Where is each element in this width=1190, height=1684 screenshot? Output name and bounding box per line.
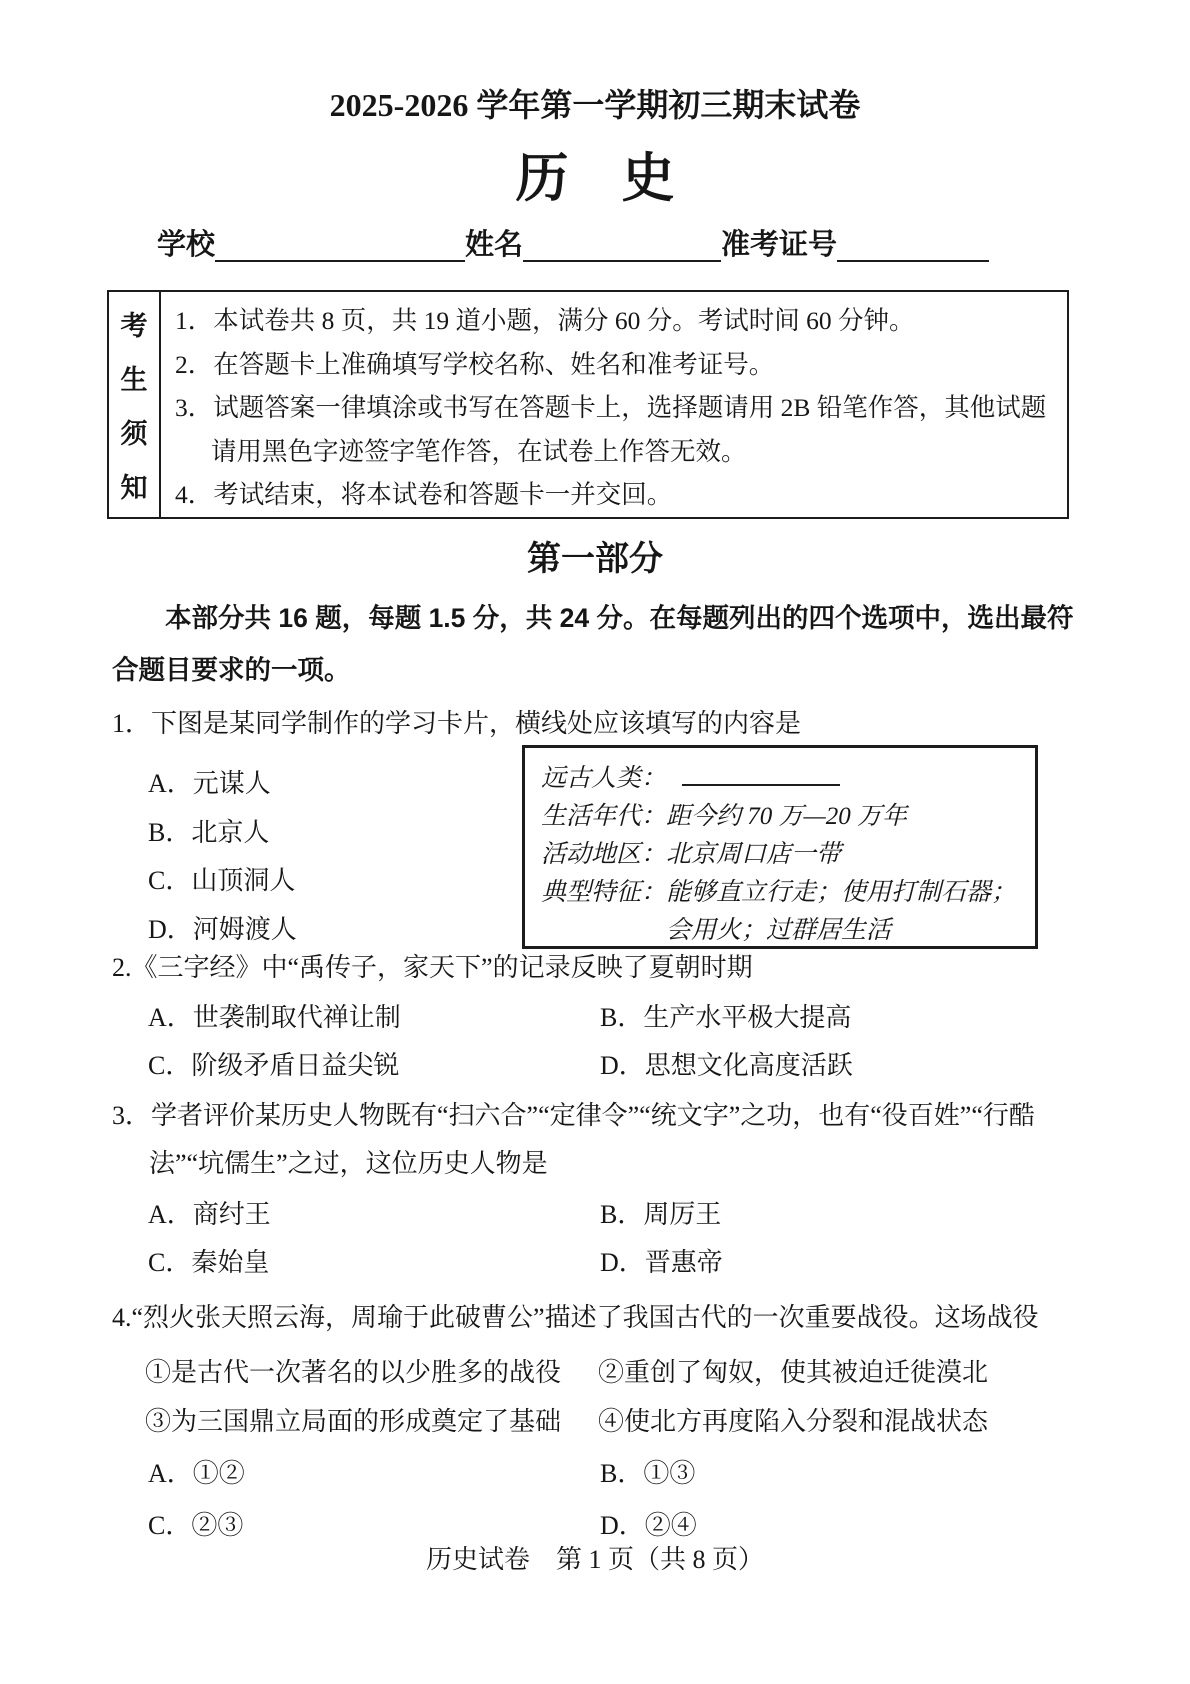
admission-no-label: 准考证号 <box>721 228 837 262</box>
card-answer-blank-line <box>682 756 840 786</box>
q3-option-b: B．周厉王 <box>600 1191 1097 1239</box>
name-label: 姓名 <box>465 228 523 262</box>
q2-option-a: A．世袭制取代禅让制 <box>148 994 600 1042</box>
admission-no-blank-line <box>837 228 989 262</box>
q4-statement-4: ④使北方再度陷入分裂和混战状态 <box>598 1397 1097 1446</box>
candidate-notice-box: 考 生 须 知 1．本试卷共 8 页，共 19 道小题，满分 60 分。考试时间… <box>107 290 1069 519</box>
exam-page: 2025-2026 学年第一学期初三期末试卷 历 史 学校 姓名 准考证号 考 … <box>0 0 1190 1684</box>
card-line-5: 会用火；过群居生活 <box>541 912 1021 950</box>
card-line-3: 活动地区：北京周口店一带 <box>541 836 1021 874</box>
card-line-2: 生活年代：距今约 70 万—20 万年 <box>541 798 1021 836</box>
notice-side-char: 须 <box>121 412 148 451</box>
notice-item-4: 4．考试结束，将本试卷和答题卡一并交回。 <box>175 473 1057 517</box>
question-4-stem: 4.“烈火张天照云海，周瑜于此破曹公”描述了我国古代的一次重要战役。这场战役 <box>112 1302 1097 1334</box>
question-3-options: A．商纣王 B．周厉王 C．秦始皇 D．晋惠帝 <box>112 1191 1097 1287</box>
card-ancient-human-label: 远古人类： <box>541 765 666 792</box>
card-line-1: 远古人类： <box>541 756 1021 798</box>
student-info-row: 学校 姓名 准考证号 <box>157 224 989 262</box>
question-4-options: A．①② B．①③ C．②③ D．②④ <box>112 1448 1097 1552</box>
notice-side-char: 生 <box>121 358 148 397</box>
notice-side-char: 知 <box>121 466 148 505</box>
q4-statement-3: ③为三国鼎立局面的形成奠定了基础 <box>145 1397 598 1446</box>
exam-term-title: 2025-2026 学年第一学期初三期末试卷 <box>0 86 1190 124</box>
part-one-heading: 第一部分 <box>0 540 1190 578</box>
q3-option-d: D．晋惠帝 <box>600 1239 1097 1287</box>
card-line-4: 典型特征：能够直立行走；使用打制石器； <box>541 874 1021 912</box>
q4-option-b: B．①③ <box>600 1448 1097 1500</box>
q2-option-c: C．阶级矛盾日益尖锐 <box>148 1042 600 1090</box>
question-1-stem: 1．下图是某同学制作的学习卡片，横线处应该填写的内容是 <box>112 708 1097 740</box>
q2-option-b: B．生产水平极大提高 <box>600 994 1097 1042</box>
notice-item-3: 3．试题答案一律填涂或书写在答题卡上，选择题请用 2B 铅笔作答，其他试题请用黑… <box>175 386 1057 473</box>
notice-item-2: 2．在答题卡上准确填写学校名称、姓名和准考证号。 <box>175 343 1057 387</box>
q4-statement-2: ②重创了匈奴，使其被迫迁徙漠北 <box>598 1348 1097 1397</box>
page-footer: 历史试卷 第 1 页（共 8 页） <box>0 1546 1190 1574</box>
name-blank-line <box>523 228 721 262</box>
exam-subject-title: 历 史 <box>0 148 1190 210</box>
q3-option-c: C．秦始皇 <box>148 1239 600 1287</box>
q4-statement-1: ①是古代一次著名的以少胜多的战役 <box>145 1348 598 1397</box>
question-2-stem: 2.《三字经》中“禹传子，家天下”的记录反映了夏朝时期 <box>112 952 1097 984</box>
question-3-stem: 3．学者评价某历史人物既有“扫六合”“定律令”“统文字”之功，也有“役百姓”“行… <box>112 1092 1097 1188</box>
q4-option-a: A．①② <box>148 1448 600 1500</box>
q2-option-d: D．思想文化高度活跃 <box>600 1042 1097 1090</box>
notice-item-1: 1．本试卷共 8 页，共 19 道小题，满分 60 分。考试时间 60 分钟。 <box>175 299 1057 343</box>
q3-option-a: A．商纣王 <box>148 1191 600 1239</box>
question-4: 4.“烈火张天照云海，周瑜于此破曹公”描述了我国古代的一次重要战役。这场战役 ①… <box>112 1302 1097 1552</box>
notice-side-label: 考 生 须 知 <box>109 292 161 517</box>
question-2: 2.《三字经》中“禹传子，家天下”的记录反映了夏朝时期 A．世袭制取代禅让制 B… <box>112 952 1097 1090</box>
question-2-options: A．世袭制取代禅让制 B．生产水平极大提高 C．阶级矛盾日益尖锐 D．思想文化高… <box>112 994 1097 1090</box>
study-card-box: 远古人类： 生活年代：距今约 70 万—20 万年 活动地区：北京周口店一带 典… <box>522 745 1038 949</box>
notice-item-list: 1．本试卷共 8 页，共 19 道小题，满分 60 分。考试时间 60 分钟。 … <box>161 292 1067 517</box>
school-label: 学校 <box>157 228 215 262</box>
question-4-statements: ①是古代一次著名的以少胜多的战役 ②重创了匈奴，使其被迫迁徙漠北 ③为三国鼎立局… <box>112 1348 1097 1446</box>
question-3: 3．学者评价某历史人物既有“扫六合”“定律令”“统文字”之功，也有“役百姓”“行… <box>112 1092 1097 1287</box>
notice-side-char: 考 <box>121 304 148 343</box>
school-blank-line <box>215 228 465 262</box>
part-one-intro: 本部分共 16 题，每题 1.5 分，共 24 分。在每题列出的四个选项中，选出… <box>112 592 1097 696</box>
